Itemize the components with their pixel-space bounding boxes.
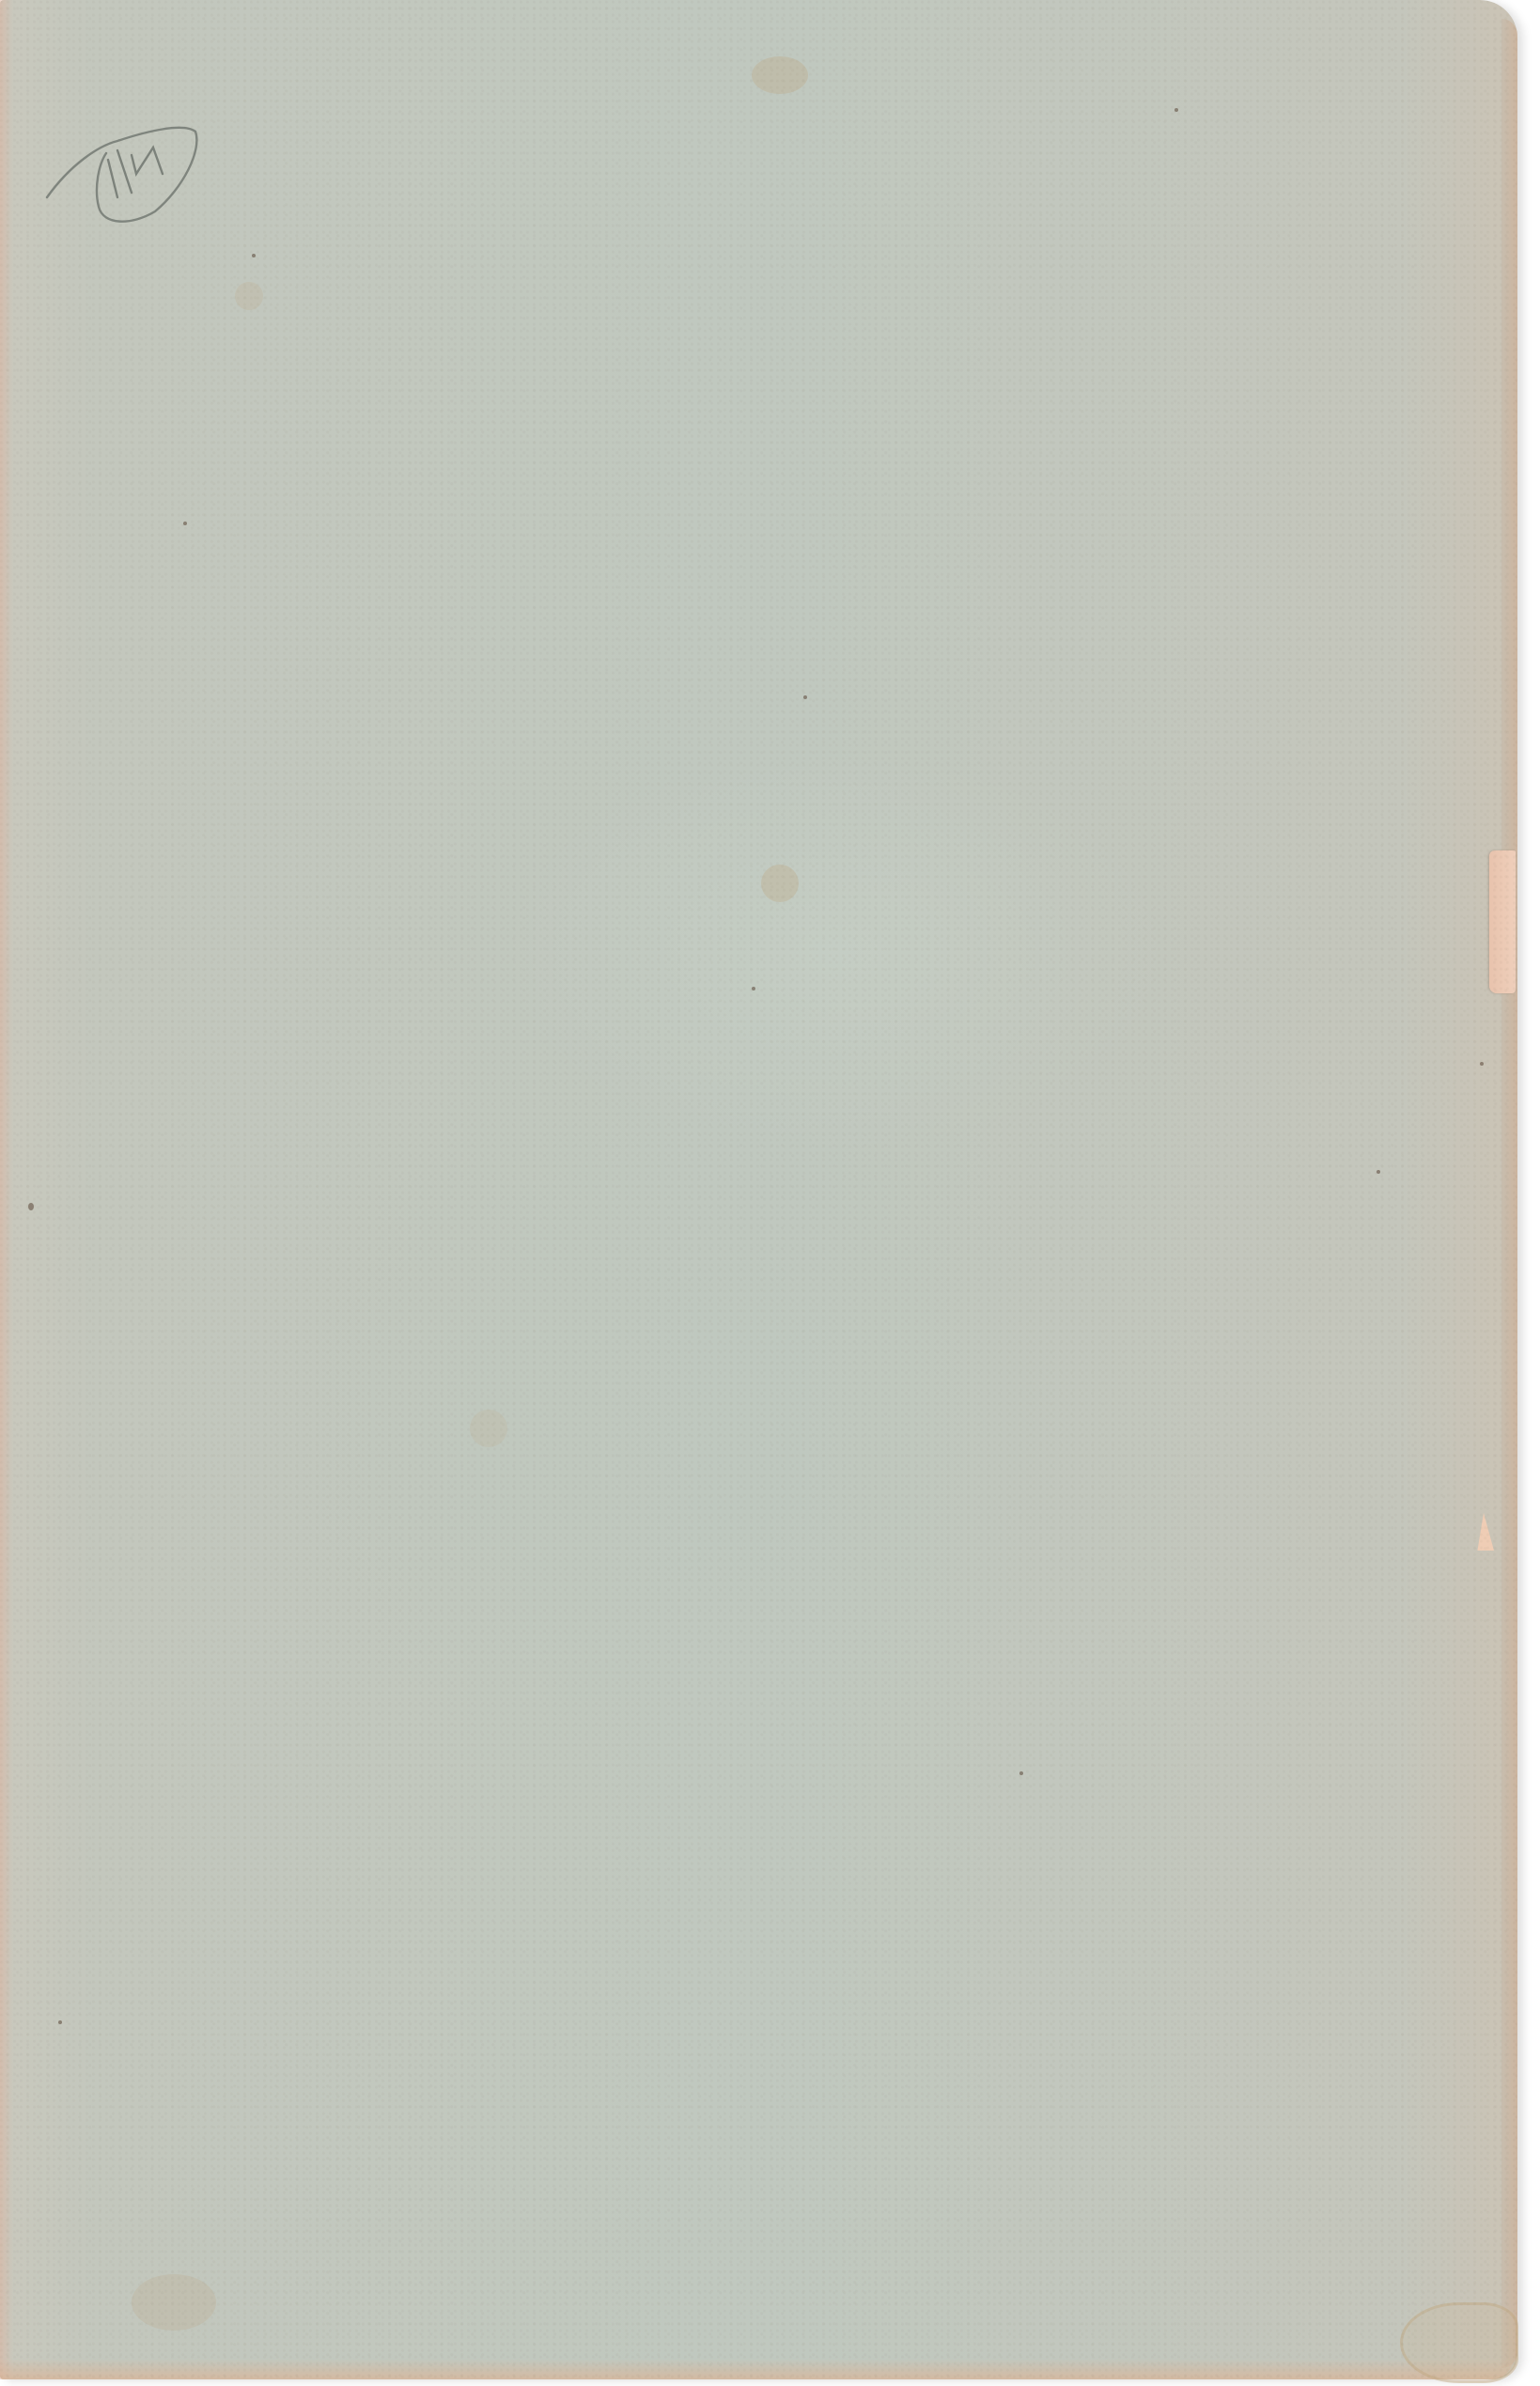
speck	[28, 1203, 34, 1210]
foxing-stain	[132, 2274, 216, 2331]
speck	[752, 987, 755, 990]
speck	[252, 254, 256, 257]
speck	[58, 2020, 62, 2024]
speck	[1480, 1062, 1484, 1066]
speck	[183, 522, 187, 525]
tear-notch-right-edge	[1473, 1513, 1494, 1551]
pencil-inscription: ΠΙΛ	[42, 108, 202, 226]
foxing-stain	[752, 56, 808, 94]
foxing-stain	[235, 282, 263, 310]
foxing-stain	[470, 1410, 507, 1447]
pencil-loop-icon	[42, 108, 202, 226]
speck	[1174, 108, 1178, 112]
foxing-stain	[761, 865, 799, 902]
speck	[1019, 1771, 1023, 1775]
corner-water-stain	[1400, 2302, 1518, 2383]
left-edge-discoloration	[0, 0, 13, 2379]
speck	[803, 695, 807, 699]
speck	[1377, 1170, 1380, 1174]
book-back-cover: ΠΙΛ	[0, 0, 1517, 2379]
bottom-edge-discoloration	[0, 2359, 1513, 2379]
torn-strip-right-edge	[1489, 850, 1516, 993]
right-edge-binding	[1501, 19, 1517, 2368]
